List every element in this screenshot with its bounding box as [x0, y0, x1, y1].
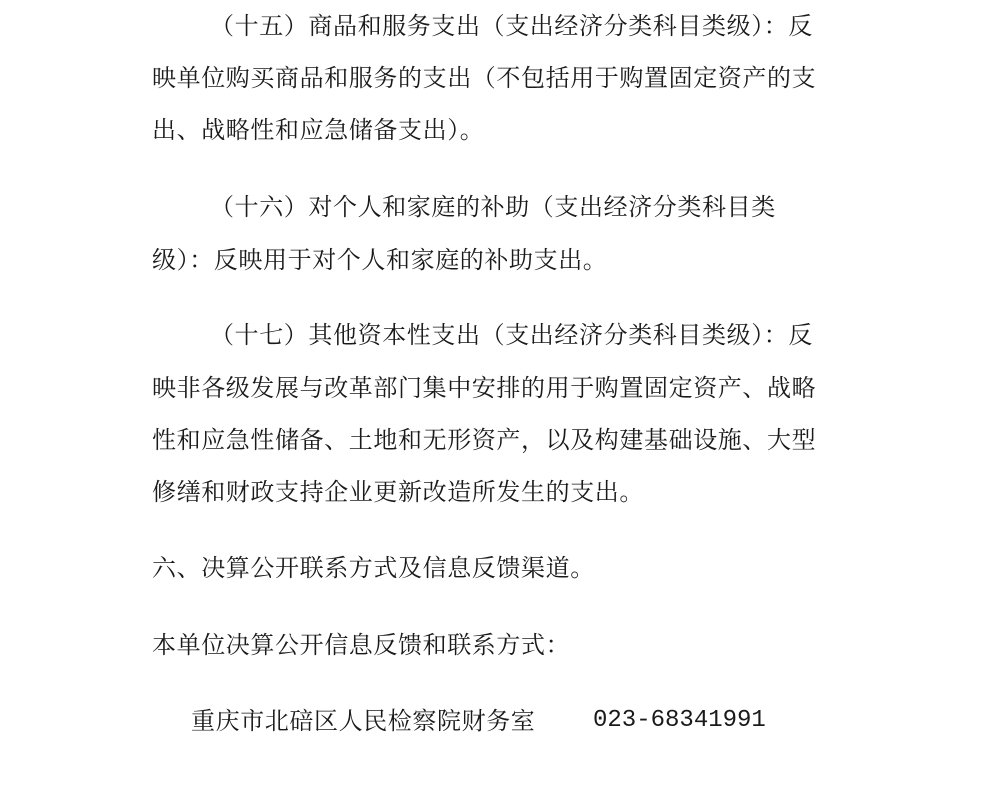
text-line: 级）：反映用于对个人和家庭的补助支出。 — [152, 246, 607, 274]
document-page: （十五）商品和服务支出（支出经济分类科目类级）：反 映单位购买商品和服务的支出（… — [0, 0, 1000, 795]
section-heading: 六、决算公开联系方式及信息反馈渠道。 — [152, 554, 595, 582]
contact-intro: 本单位决算公开信息反馈和联系方式： — [152, 631, 570, 659]
contact-phone: 023-68341991 — [593, 707, 766, 735]
text-line: （十七）其他资本性支出（支出经济分类科目类级）：反 — [210, 321, 813, 349]
text-line: 映非各级发展与改革部门集中安排的用于购置固定资产、战略 — [152, 374, 816, 402]
text-line: 映单位购买商品和服务的支出（不包括用于购置固定资产的支 — [152, 64, 816, 92]
text-line: 出、战略性和应急储备支出）。 — [152, 116, 484, 144]
contact-office: 重庆市北碚区人民检察院财务室 — [191, 707, 535, 735]
text-line: 性和应急性储备、土地和无形资产，以及构建基础设施、大型 — [152, 426, 816, 454]
text-line: （十五）商品和服务支出（支出经济分类科目类级）：反 — [210, 12, 813, 40]
text-line: （十六）对个人和家庭的补助（支出经济分类科目类 — [210, 193, 776, 221]
text-line: 修缮和财政支持企业更新改造所发生的支出。 — [152, 478, 644, 506]
